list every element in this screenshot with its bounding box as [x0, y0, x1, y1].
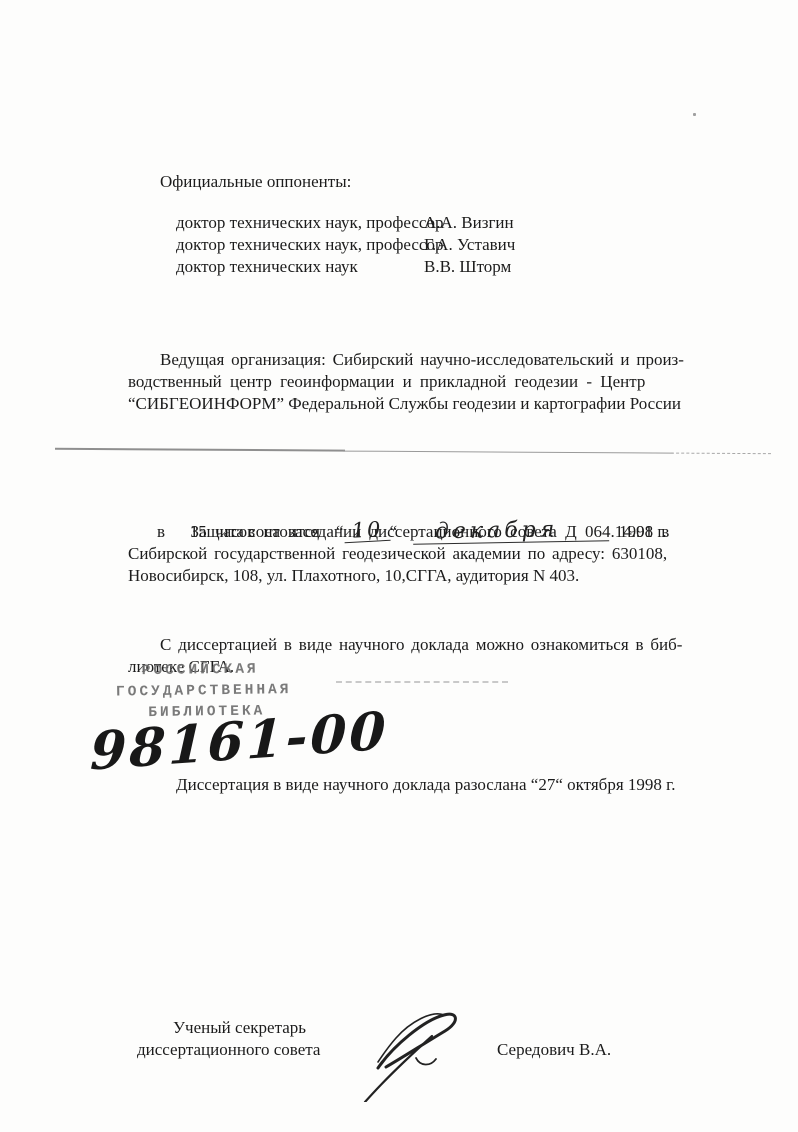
defense-line: Новосибирск, 108, ул. Плахотного, 10,СГГ… — [128, 565, 753, 587]
opponent-degree: доктор технических наук, профессор — [176, 234, 443, 256]
leading-organization-paragraph: Ведущая организация: Сибирский научно-ис… — [128, 349, 750, 415]
mailed-date-line: Диссертация в виде научного доклада разо… — [176, 774, 675, 796]
opponent-name: А.А. Визгин — [424, 212, 514, 234]
opponent-name: Г.А. Уставич — [424, 234, 515, 256]
defense-date-line: Защита состоится“10“декабря1998 г. — [128, 497, 753, 521]
opponent-name: В.В. Шторм — [424, 256, 511, 278]
defense-paragraph: Защита состоится“10“декабря1998 г. в 15 … — [128, 497, 753, 587]
scan-fold-line — [55, 447, 773, 454]
handwritten-day: 10 — [343, 518, 390, 543]
secretary-title-line2: диссертационного совета — [137, 1039, 320, 1061]
signature — [348, 1002, 468, 1102]
scan-fold-line-segment — [671, 453, 771, 455]
opponent-degree: доктор технических наук, профессор — [176, 212, 443, 234]
opponent-degree: доктор технических наук — [176, 256, 358, 278]
scan-fold-line-segment — [55, 448, 345, 452]
scan-speck — [693, 113, 696, 116]
scanned-document-page: Официальные оппоненты: доктор технически… — [0, 0, 798, 1132]
paragraph-line: Ведущая организация: Сибирский научно-ис… — [128, 349, 750, 371]
paragraph-line: “СИБГЕОИНФОРМ” Федеральной Службы геодез… — [128, 393, 750, 415]
scan-fold-line-segment — [343, 451, 673, 454]
opponents-heading: Официальные оппоненты: — [160, 171, 351, 193]
handwritten-month: декабря — [413, 518, 609, 544]
paragraph-line: С диссертацией в виде научного доклада м… — [128, 634, 750, 656]
defense-line: Сибирской государственной геодезической … — [128, 543, 753, 565]
stamp-smudge-mark — [336, 681, 508, 683]
secretary-name: Середович В.А. — [497, 1039, 611, 1061]
paragraph-line: водственный центр геоинформации и прикла… — [128, 371, 750, 393]
secretary-title-line1: Ученый секретарь — [173, 1017, 306, 1039]
